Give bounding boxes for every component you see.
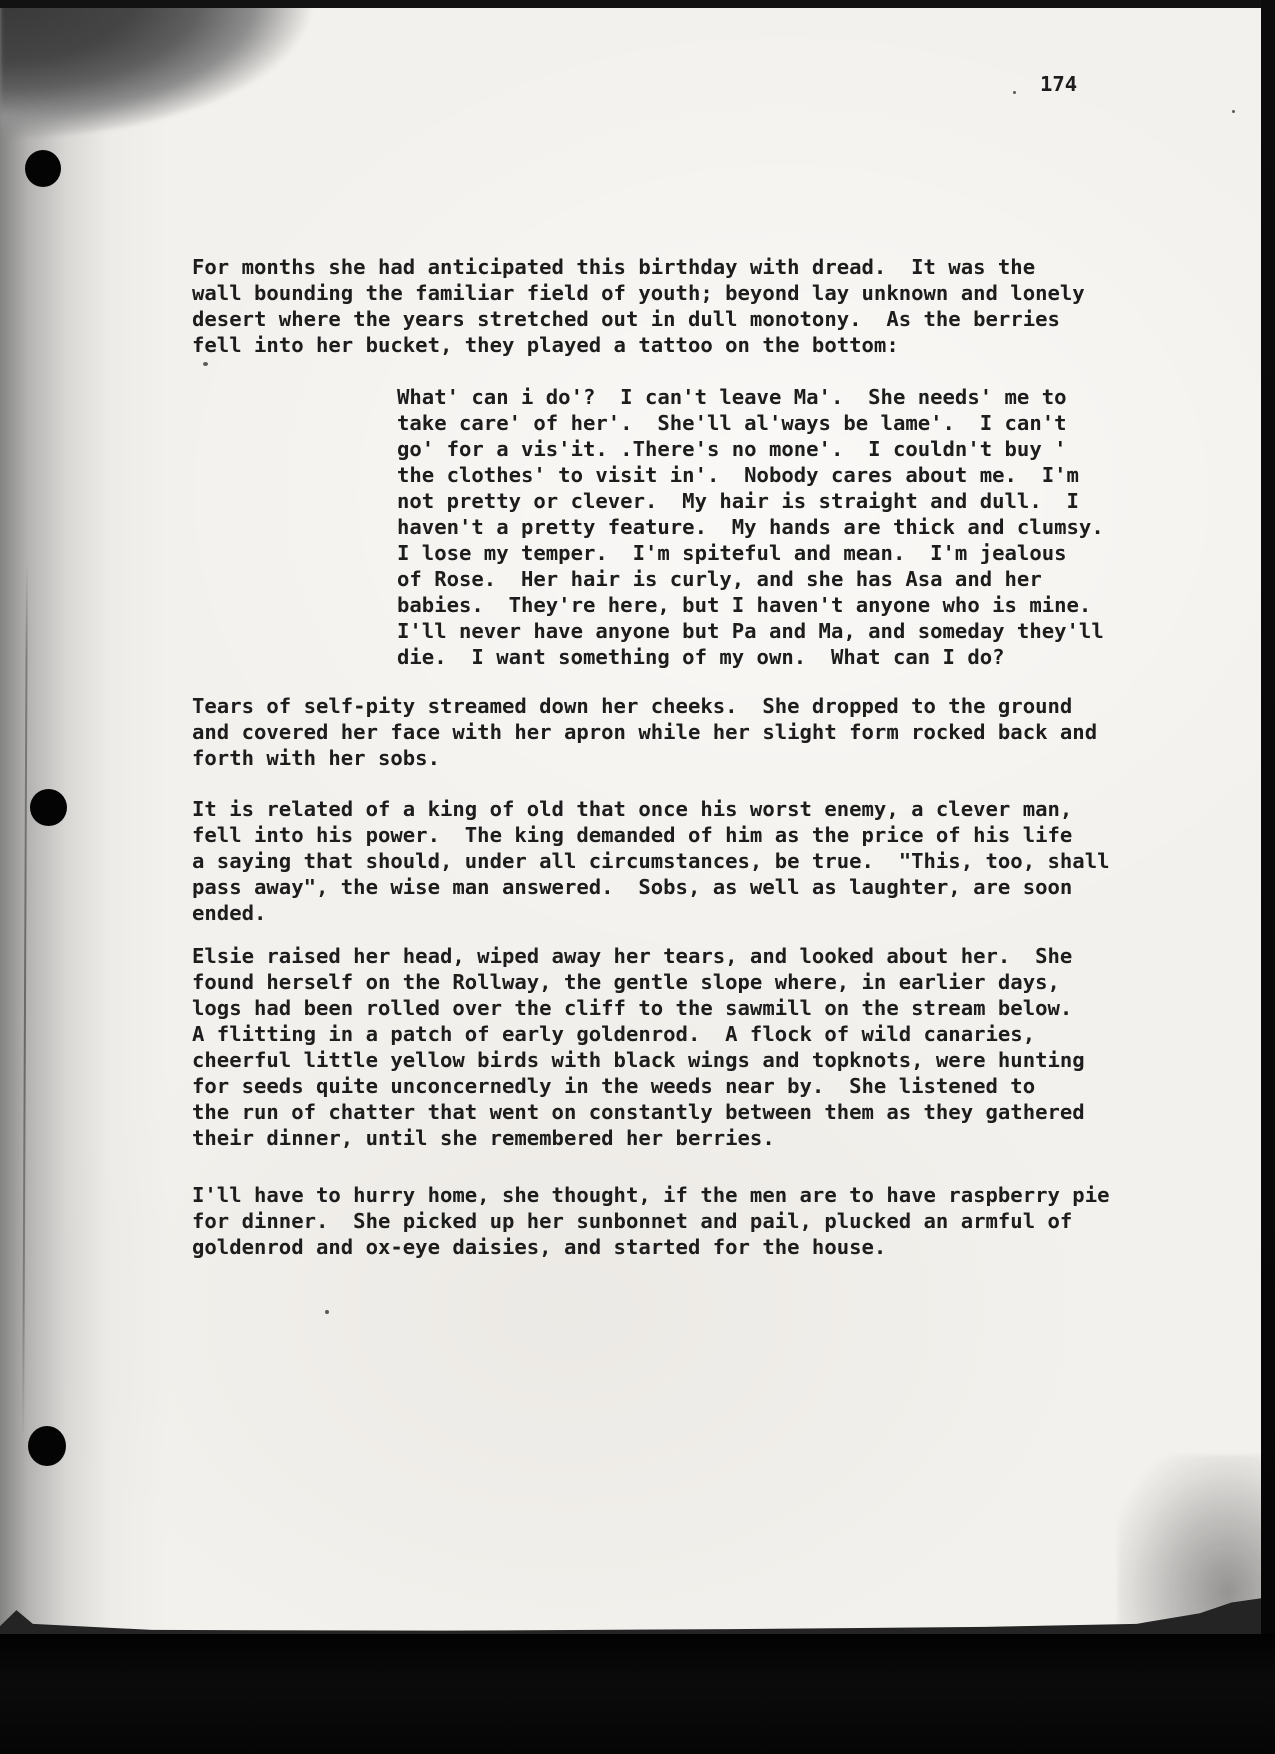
- scan-speck: [325, 1310, 329, 1314]
- scan-speck: [1232, 110, 1235, 113]
- scanner-edge-top: [0, 0, 1275, 8]
- paragraph-closing: I'll have to hurry home, she thought, if…: [192, 1182, 1110, 1260]
- paragraph-opening: For months she had anticipated this birt…: [192, 254, 1085, 358]
- punch-hole-top: [25, 150, 61, 187]
- punch-hole-bottom: [28, 1426, 66, 1466]
- paragraph-tears: Tears of self-pity streamed down her che…: [192, 693, 1097, 771]
- page-number: 174: [1040, 71, 1077, 97]
- scan-speck: [203, 362, 208, 366]
- punch-hole-middle: [30, 789, 67, 826]
- paragraph-rollway: Elsie raised her head, wiped away her te…: [192, 943, 1085, 1151]
- scanner-bed-bottom: [0, 1634, 1275, 1754]
- block-quote-monologue: What' can i do'? I can't leave Ma'. She …: [397, 384, 1104, 670]
- paragraph-king-parable: It is related of a king of old that once…: [192, 796, 1110, 926]
- scan-speck: [1013, 91, 1016, 94]
- scanned-book-page: { "colors": { "paper": "#f3f1ed", "ink":…: [0, 0, 1275, 1754]
- scanner-edge-right: [1261, 0, 1275, 1640]
